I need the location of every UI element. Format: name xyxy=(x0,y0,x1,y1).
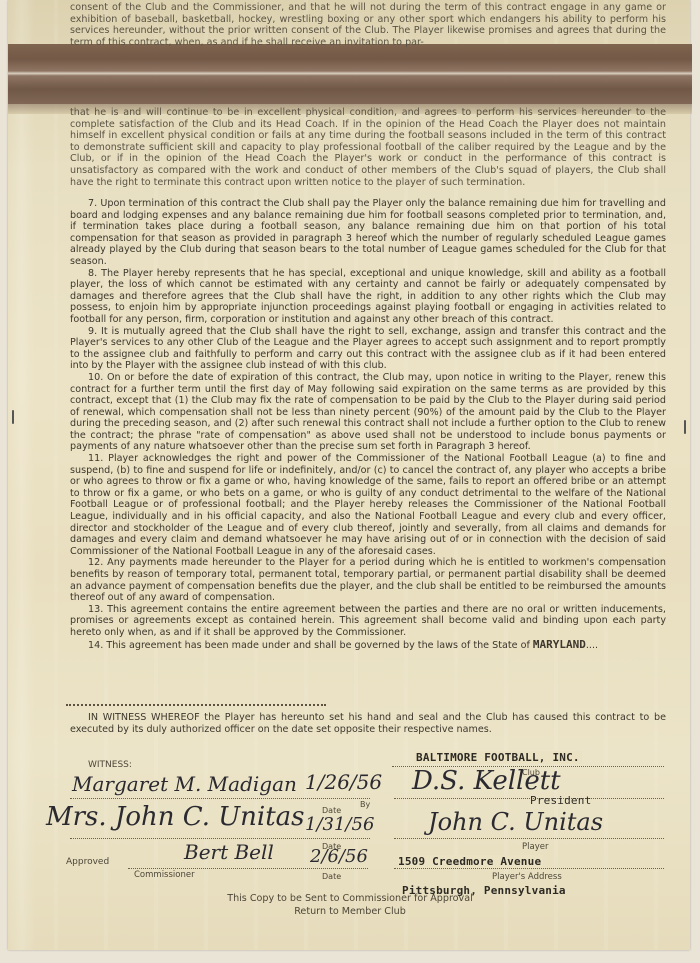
witness-clause-block: IN WITNESS WHEREOF the Player has hereun… xyxy=(70,712,666,736)
paragraph-13: 13. This agreement contains the entire a… xyxy=(70,604,666,639)
player-address-line1: 1509 Creedmore Avenue xyxy=(398,855,543,868)
paragraph-6-partial-block: that he is and will continue to be in ex… xyxy=(70,107,666,188)
address-label: Player's Address xyxy=(492,872,562,882)
witness1-line xyxy=(70,798,370,799)
paragraph-11: 11. Player acknowledges the right and po… xyxy=(70,453,666,557)
address-line xyxy=(394,868,664,869)
footer-instruction-2: Return to Member Club xyxy=(0,906,700,917)
date-label: Date xyxy=(322,872,341,881)
paragraph-14: 14. This agreement has been made under a… xyxy=(70,639,666,652)
paragraph-7: 7. Upon termination of this contract the… xyxy=(70,198,666,268)
date3-handwritten: 2/6/56 xyxy=(310,846,368,867)
witness1-signature: Margaret M. Madigan xyxy=(72,772,297,796)
top-partial-text: consent of the Club and the Commissioner… xyxy=(70,2,666,48)
approved-label: Approved xyxy=(66,857,109,867)
body-paragraphs: 7. Upon termination of this contract the… xyxy=(70,198,666,651)
dotted-separator xyxy=(66,704,326,706)
footer-instruction-1: This Copy to be Sent to Commissioner for… xyxy=(0,893,700,904)
president-line xyxy=(394,798,664,799)
player-signature: John C. Unitas xyxy=(428,808,603,836)
date1-handwritten: 1/26/56 xyxy=(305,770,382,794)
governing-state: MARYLAND xyxy=(533,638,586,651)
player-line xyxy=(394,838,664,839)
paragraph-10: 10. On or before the date of expiration … xyxy=(70,372,666,453)
paragraph-5-partial: consent of the Club and the Commissioner… xyxy=(70,2,666,48)
witness2-signature: Mrs. John C. Unitas xyxy=(46,802,305,832)
witness-label: WITNESS: xyxy=(88,760,132,770)
club-name: BALTIMORE FOOTBALL, INC. xyxy=(414,751,582,764)
paragraph-8: 8. The Player hereby represents that he … xyxy=(70,268,666,326)
president-label: President xyxy=(530,794,591,807)
president-signature: D.S. Kellett xyxy=(412,766,561,796)
staple-mark xyxy=(684,420,686,434)
fold-band xyxy=(8,44,692,104)
paragraph-6-partial: that he is and will continue to be in ex… xyxy=(70,107,666,188)
witness-clause: IN WITNESS WHEREOF the Player has hereun… xyxy=(70,712,666,736)
staple-mark xyxy=(12,410,14,424)
date2-handwritten: 1/31/56 xyxy=(305,814,374,835)
commissioner-line xyxy=(128,868,368,869)
paragraph-12: 12. Any payments made hereunder to the P… xyxy=(70,557,666,603)
by-label: By xyxy=(360,800,370,809)
commissioner-signature: Bert Bell xyxy=(184,840,274,864)
paragraph-9: 9. It is mutually agreed that the Club s… xyxy=(70,326,666,372)
player-label: Player xyxy=(522,842,548,852)
witness2-line xyxy=(70,838,370,839)
commissioner-label: Commissioner xyxy=(134,870,195,880)
